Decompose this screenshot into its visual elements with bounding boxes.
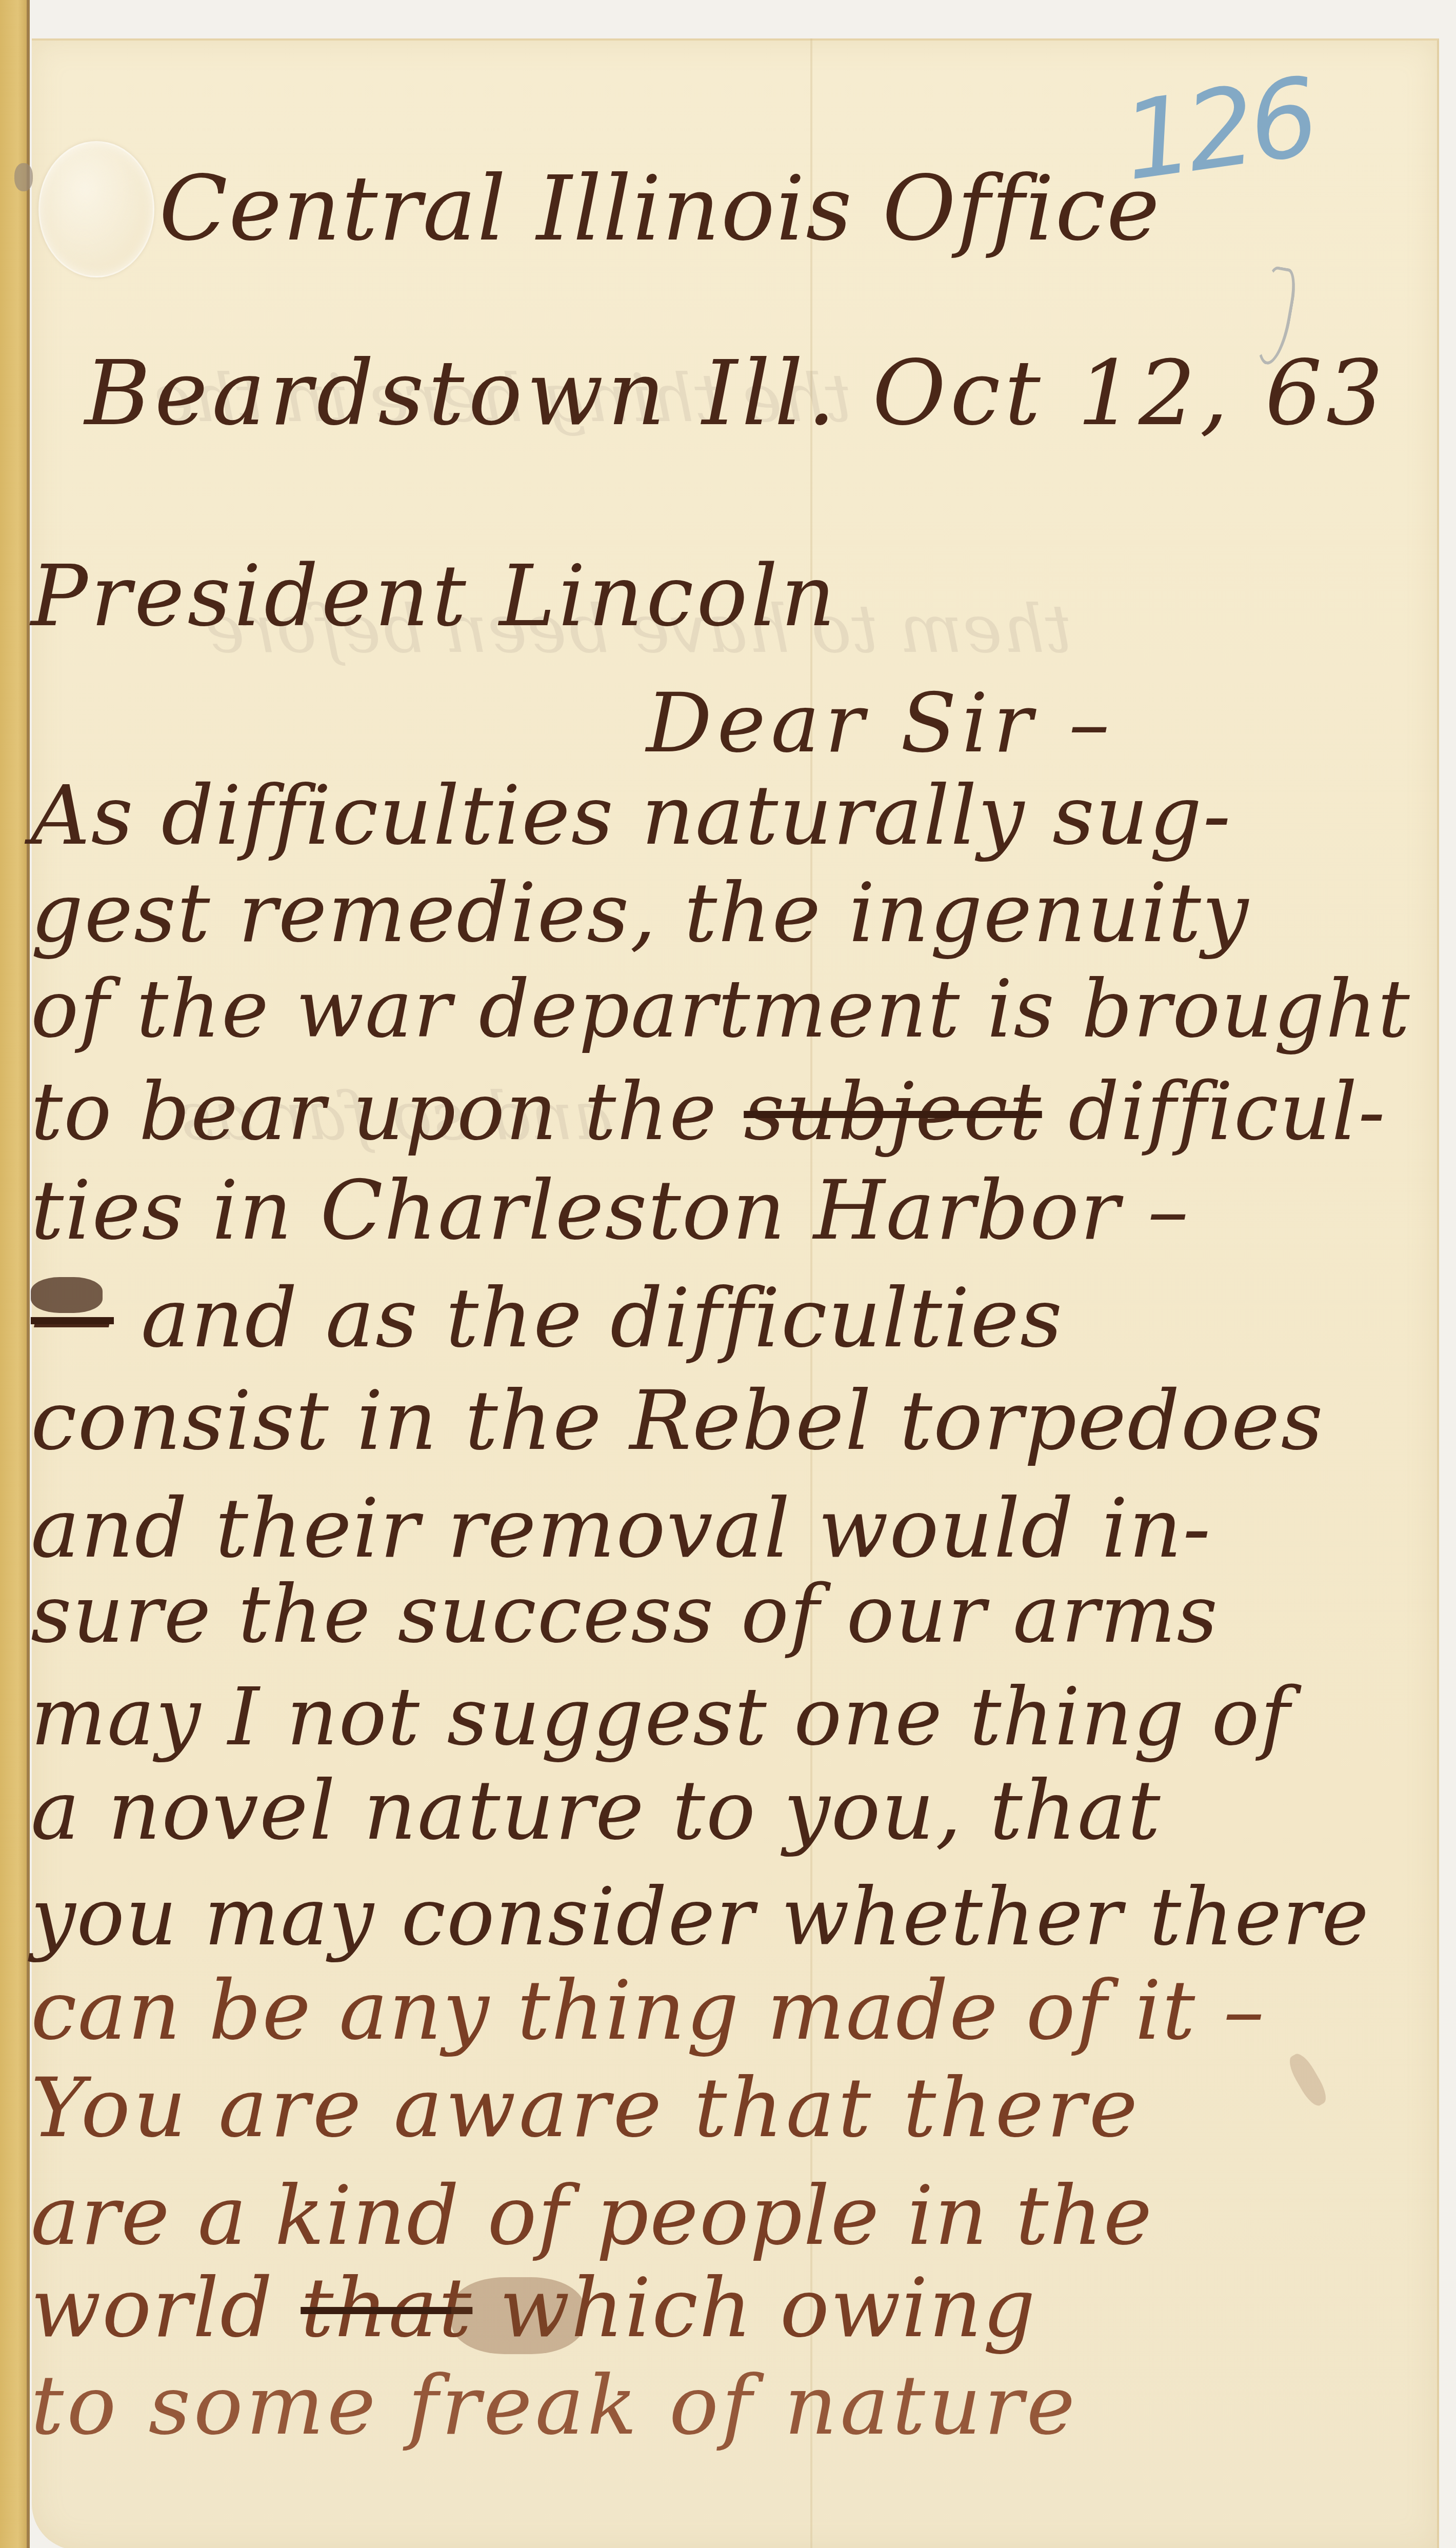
body-line: — and as the difficulties bbox=[31, 1277, 1063, 1359]
heading-office: Central Illinois Office bbox=[159, 164, 1161, 254]
body-text: and as the difficulties bbox=[114, 1270, 1063, 1366]
body-line: a novel nature to you, that bbox=[31, 1769, 1162, 1852]
ink-blot bbox=[451, 2277, 585, 2354]
body-line: you may consider whether there bbox=[31, 1877, 1370, 1957]
body-line: are a kind of people in the bbox=[31, 2175, 1153, 2257]
book-binding-strip bbox=[0, 0, 30, 2548]
body-line: As difficulties naturally sug- bbox=[31, 774, 1232, 857]
body-line: to bear upon the subject difficul- bbox=[31, 1072, 1386, 1151]
body-line: ties in Charleston Harbor – bbox=[31, 1169, 1190, 1251]
body-line: You are aware that there bbox=[31, 2067, 1141, 2149]
greeting: Dear Sir – bbox=[646, 682, 1115, 764]
body-line: can be any thing made of it – bbox=[31, 1969, 1265, 2052]
struck-word: that bbox=[301, 2260, 472, 2356]
body-line: gest remedies, the ingenuity bbox=[31, 872, 1249, 954]
embossed-seal-icon bbox=[38, 141, 154, 277]
addressee: President Lincoln bbox=[31, 554, 839, 639]
struck-word: subject bbox=[744, 1065, 1042, 1158]
body-line: and their removal would in- bbox=[31, 1487, 1211, 1569]
body-line: of the war department is brought bbox=[31, 969, 1411, 1049]
body-line: consist in the Rebel torpedoes bbox=[31, 1380, 1324, 1462]
body-text: world bbox=[31, 2260, 301, 2356]
ink-blot bbox=[31, 1277, 103, 1313]
body-line: may I not suggest one thing of bbox=[31, 1677, 1291, 1757]
body-line: sure the success of our arms bbox=[31, 1575, 1219, 1654]
binding-hole bbox=[14, 163, 33, 191]
heading-place-date: Beardstown Ill. Oct 12, 63 bbox=[85, 349, 1387, 439]
body-text: to bear upon the bbox=[31, 1065, 744, 1158]
body-line: to some freak of nature bbox=[31, 2364, 1078, 2446]
body-text: difficul- bbox=[1042, 1065, 1386, 1158]
